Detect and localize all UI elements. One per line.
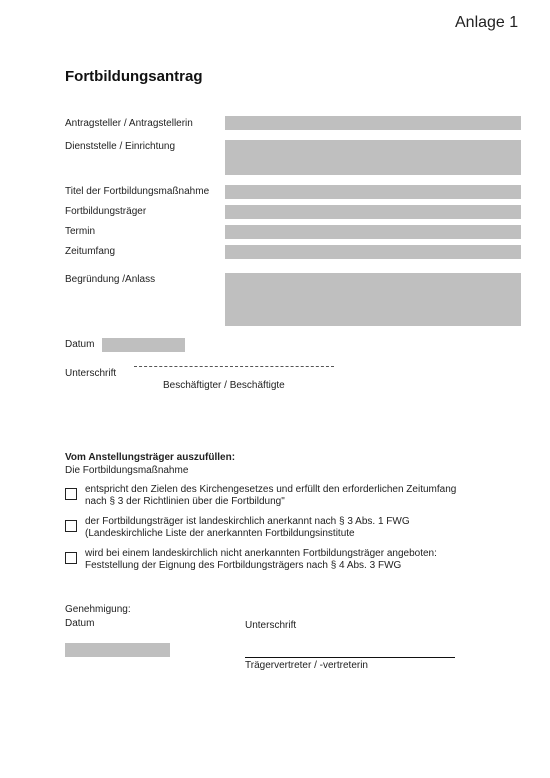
date-label: Datum [65, 339, 94, 350]
provider-label: Fortbildungsträger [65, 206, 146, 217]
option-text-not-recognized: wird bei einem landeskirchlich nicht ane… [85, 548, 437, 572]
signature-line[interactable] [134, 366, 334, 367]
option-line: nach § 3 der Richtlinien über die Fortbi… [85, 496, 456, 508]
option-text-goals: entspricht den Zielen des Kirchengesetze… [85, 484, 456, 508]
signature-caption: Beschäftigter / Beschäftigte [163, 380, 285, 391]
option-line: Feststellung der Eignung des Fortbildung… [85, 560, 437, 572]
approval-date-field[interactable] [65, 643, 170, 657]
option-line: entspricht den Zielen des Kirchengesetze… [85, 484, 456, 496]
option-line: der Fortbildungsträger ist landeskirchli… [85, 516, 410, 528]
date-term-label: Termin [65, 226, 95, 237]
approval-date-label: Datum [65, 618, 94, 629]
applicant-field[interactable] [225, 116, 521, 130]
approval-heading: Genehmigung: [65, 604, 131, 615]
duration-field[interactable] [225, 245, 521, 259]
approval-signature-caption: Trägervertreter / -vertreterin [245, 660, 368, 671]
signature-label: Unterschrift [65, 368, 116, 379]
date-term-field[interactable] [225, 225, 521, 239]
employer-section-heading: Vom Anstellungsträger auszufüllen: [65, 452, 235, 463]
employer-section-subheading: Die Fortbildungsmaßnahme [65, 465, 188, 476]
option-checkbox-goals[interactable] [65, 488, 77, 500]
reason-field[interactable] [225, 273, 521, 326]
approval-signature-line[interactable] [245, 657, 455, 658]
reason-label: Begründung /Anlass [65, 274, 155, 285]
attachment-label: Anlage 1 [455, 14, 518, 32]
option-text-recognized: der Fortbildungsträger ist landeskirchli… [85, 516, 410, 540]
course-title-field[interactable] [225, 185, 521, 199]
option-line: wird bei einem landeskirchlich nicht ane… [85, 548, 437, 560]
option-checkbox-recognized[interactable] [65, 520, 77, 532]
approval-signature-label: Unterschrift [245, 620, 296, 631]
page-title: Fortbildungsantrag [65, 68, 203, 85]
applicant-label: Antragsteller / Antragstellerin [65, 118, 193, 129]
date-field[interactable] [102, 338, 185, 352]
department-label: Dienststelle / Einrichtung [65, 141, 175, 152]
provider-field[interactable] [225, 205, 521, 219]
duration-label: Zeitumfang [65, 246, 115, 257]
department-field[interactable] [225, 140, 521, 175]
course-title-label: Titel der Fortbildungsmaßnahme [65, 186, 209, 197]
option-checkbox-not-recognized[interactable] [65, 552, 77, 564]
option-line: (Landeskirchliche Liste der anerkannten … [85, 528, 410, 540]
